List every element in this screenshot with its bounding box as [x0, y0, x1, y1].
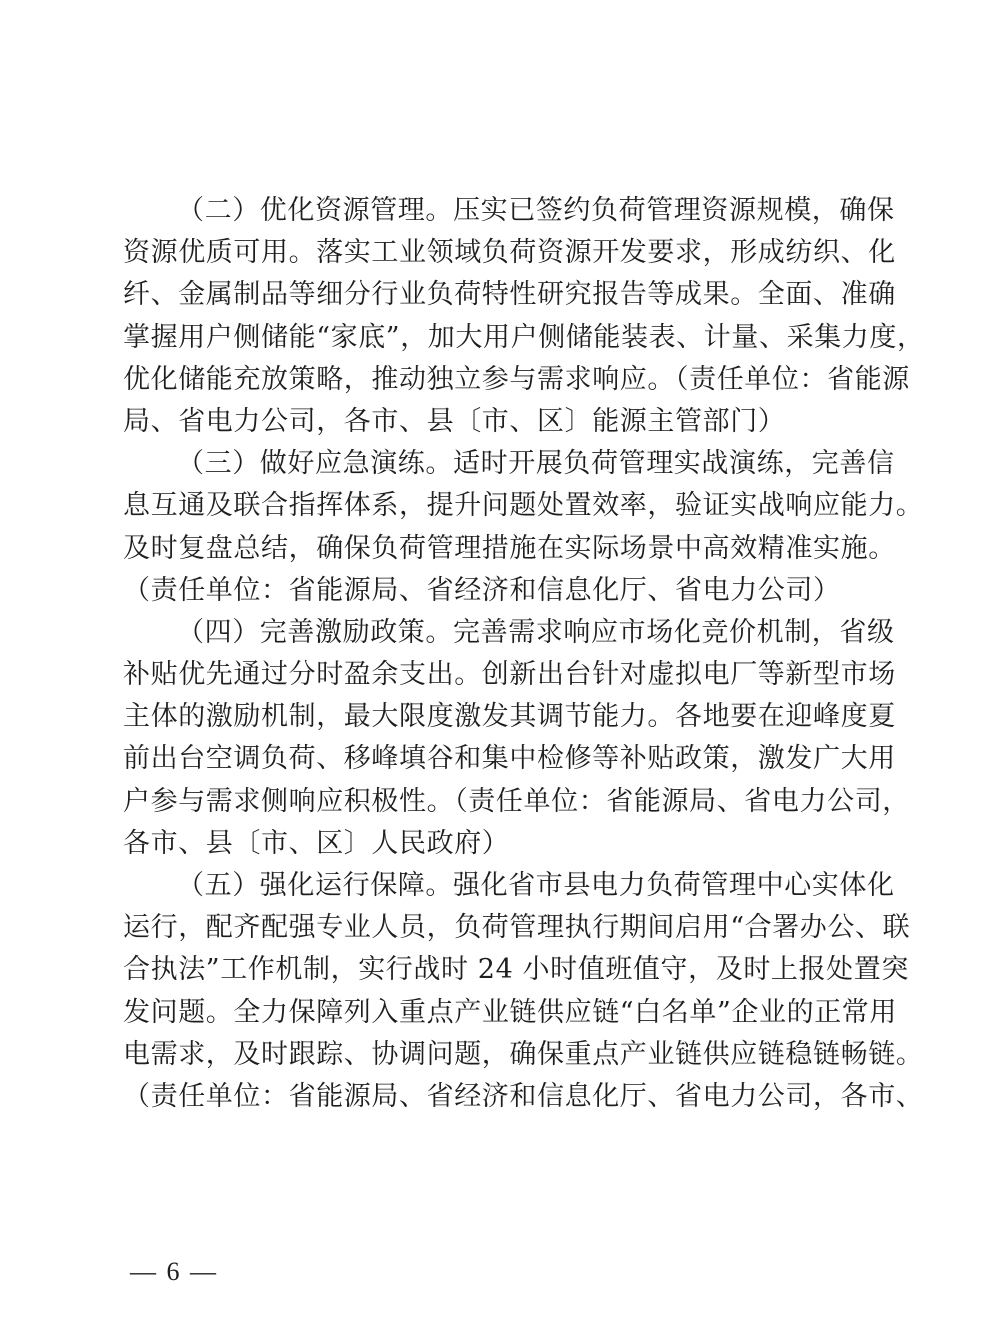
text-line: （责任单位：省能源局、省经济和信息化厅、省电力公司）: [123, 570, 879, 612]
text-line: 息互通及联合指挥体系，提升问题处置效率，验证实战响应能力。: [123, 485, 879, 527]
text-line: 及时复盘总结，确保负荷管理措施在实际场景中高效精准实施。: [123, 528, 879, 570]
paragraph-section-5: （五）强化运行保障。强化省市县电力负荷管理中心实体化 运行，配齐配强专业人员，负…: [123, 865, 879, 1118]
text-line: 前出台空调负荷、移峰填谷和集中检修等补贴政策，激发广大用: [123, 738, 879, 780]
paragraph-section-2: （二）优化资源管理。压实已签约负荷管理资源规模，确保 资源优质可用。落实工业领域…: [123, 190, 879, 443]
paragraph-section-3: （三）做好应急演练。适时开展负荷管理实战演练，完善信 息互通及联合指挥体系，提升…: [123, 443, 879, 612]
text-line: 各市、县〔市、区〕人民政府）: [123, 823, 879, 865]
text-line: 优化储能充放策略，推动独立参与需求响应。（责任单位：省能源: [123, 359, 879, 401]
text-line: 资源优质可用。落实工业领域负荷资源开发要求，形成纺织、化: [123, 232, 879, 274]
text-line: （三）做好应急演练。适时开展负荷管理实战演练，完善信: [123, 443, 879, 485]
text-line: （二）优化资源管理。压实已签约负荷管理资源规模，确保: [123, 190, 879, 232]
text-line: 电需求，及时跟踪、协调问题，确保重点产业链供应链稳链畅链。: [123, 1034, 879, 1076]
text-line: 局、省电力公司，各市、县〔市、区〕能源主管部门）: [123, 401, 879, 443]
text-line: 纤、金属制品等细分行业负荷特性研究报告等成果。全面、准确: [123, 274, 879, 316]
text-line: （四）完善激励政策。完善需求响应市场化竞价机制，省级: [123, 612, 879, 654]
text-line: 合执法”工作机制，实行战时 24 小时值班值守，及时上报处置突: [123, 949, 879, 991]
text-line: （责任单位：省能源局、省经济和信息化厅、省电力公司，各市、: [123, 1076, 879, 1118]
page-number: — 6 —: [130, 1257, 218, 1287]
text-line: 运行，配齐配强专业人员，负荷管理执行期间启用“合署办公、联: [123, 907, 879, 949]
document-page: （二）优化资源管理。压实已签约负荷管理资源规模，确保 资源优质可用。落实工业领域…: [123, 190, 879, 1118]
text-line: 发问题。全力保障列入重点产业链供应链“白名单”企业的正常用: [123, 992, 879, 1034]
text-line: 掌握用户侧储能“家底”，加大用户侧储能装表、计量、采集力度，: [123, 317, 879, 359]
text-line: 户参与需求侧响应积极性。（责任单位：省能源局、省电力公司，: [123, 781, 879, 823]
text-line: 补贴优先通过分时盈余支出。创新出台针对虚拟电厂等新型市场: [123, 654, 879, 696]
paragraph-section-4: （四）完善激励政策。完善需求响应市场化竞价机制，省级 补贴优先通过分时盈余支出。…: [123, 612, 879, 865]
text-line: （五）强化运行保障。强化省市县电力负荷管理中心实体化: [123, 865, 879, 907]
text-line: 主体的激励机制，最大限度激发其调节能力。各地要在迎峰度夏: [123, 696, 879, 738]
